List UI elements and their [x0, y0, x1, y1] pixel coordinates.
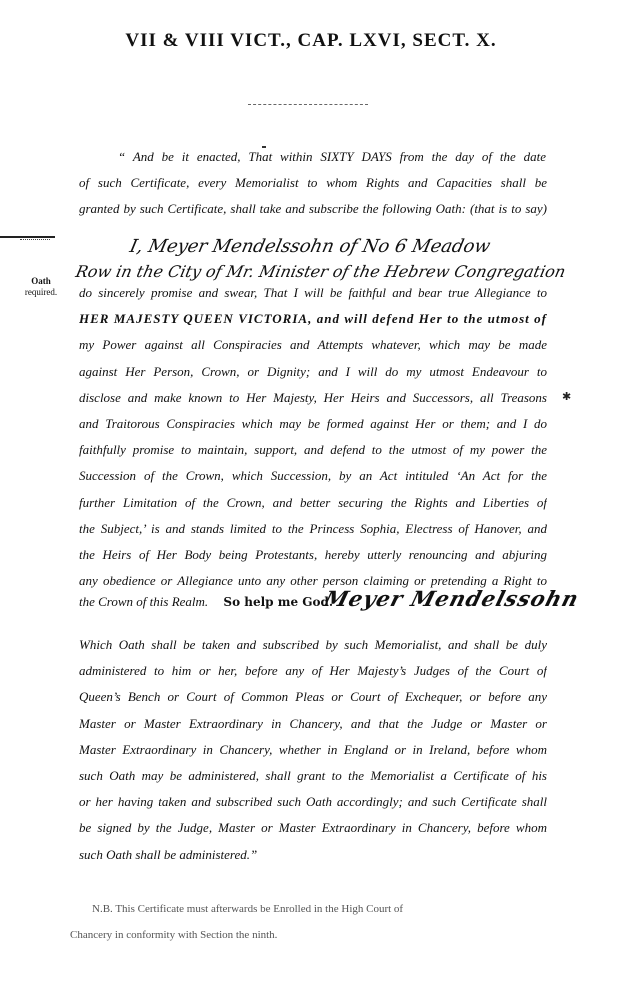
- text-line: disclose and make known to Her Majesty, …: [79, 385, 547, 411]
- opening-paragraph-cont: of such Certificate, every Memorialist t…: [79, 170, 547, 222]
- oath-final-line: the Crown of this Realm. So help me God.: [79, 594, 333, 610]
- text-line: Master or Master Extraordinary in Chance…: [79, 711, 547, 737]
- text-line: Master Extraordinary in Chancery, whethe…: [79, 737, 547, 763]
- text-line: Queen’s Bench or Court of Common Pleas o…: [79, 684, 547, 710]
- opening-paragraph: “ And be it enacted, That within SIXTY D…: [118, 144, 546, 170]
- handwritten-address-line: Row in the City of Mr. Minister of the H…: [74, 262, 567, 281]
- text-line: against Her Person, Crown, or Dignity; a…: [79, 359, 547, 385]
- so-help-me-god: So help me God.: [223, 595, 333, 609]
- text-line: and Traitorous Conspiracies which may be…: [79, 411, 547, 437]
- text-line: faithfully promise to maintain, support,…: [79, 437, 547, 463]
- signature: Meyer Mendelssohn: [322, 586, 582, 611]
- text-line: the Crown of this Realm.: [79, 594, 208, 609]
- text-line: “ And be it enacted, That within SIXTY D…: [118, 144, 546, 170]
- oath-paragraph: do sincerely promise and swear, That I w…: [79, 280, 547, 594]
- margin-note: Oath required.: [18, 276, 64, 298]
- nota-bene-line: N.B. This Certificate must afterwards be…: [70, 896, 520, 922]
- nota-bene: N.B. This Certificate must afterwards be…: [70, 896, 520, 948]
- margin-note-subtitle: required.: [25, 287, 57, 297]
- ink-mark: ✱: [562, 390, 571, 403]
- text-line-queen: HER MAJESTY QUEEN VICTORIA, and will def…: [79, 306, 547, 332]
- closing-paragraph: Which Oath shall be taken and subscribed…: [79, 632, 547, 868]
- handwritten-name-line: I, Meyer Mendelssohn of No 6 Meadow: [128, 236, 492, 257]
- text-line: of such Certificate, every Memorialist t…: [79, 170, 547, 196]
- text-line: Which Oath shall be taken and subscribed…: [79, 632, 547, 658]
- document-page: VII & VIII VICT., CAP. LXVI, SECT. X. “ …: [0, 0, 622, 991]
- margin-rule-dotted: [20, 239, 50, 240]
- text-line: further Limitation of the Crown, and bet…: [79, 490, 547, 516]
- text-line: do sincerely promise and swear, That I w…: [79, 280, 547, 306]
- margin-rule: [0, 236, 55, 238]
- text-line: granted by such Certificate, shall take …: [79, 196, 547, 222]
- text-line: or her having taken and subscribed such …: [79, 789, 547, 815]
- margin-note-title: Oath: [18, 276, 64, 287]
- page-header: VII & VIII VICT., CAP. LXVI, SECT. X.: [0, 30, 622, 52]
- text-line: the Subject,’ is and stands limited to t…: [79, 516, 547, 542]
- text-line: such Oath may be administered, shall gra…: [79, 763, 547, 789]
- header-divider: [248, 104, 368, 105]
- nota-bene-line: Chancery in conformity with Section the …: [70, 922, 520, 948]
- text-line: Succession of the Crown, which Successio…: [79, 463, 547, 489]
- text-line: my Power against all Conspiracies and At…: [79, 332, 547, 358]
- text-line: administered to him or her, before any o…: [79, 658, 547, 684]
- text-line: the Heirs of Her Body being Protestants,…: [79, 542, 547, 568]
- text-line: such Oath shall be administered.”: [79, 842, 547, 868]
- text-line: be signed by the Judge, Master or Master…: [79, 815, 547, 841]
